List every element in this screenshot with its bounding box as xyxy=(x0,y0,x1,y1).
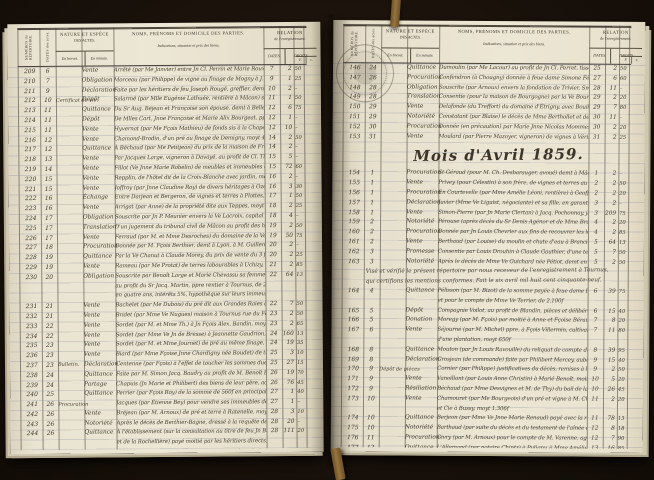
cell-numero-repertoire: 165 xyxy=(344,306,364,316)
table-header: NUMÉROS du RÉPERTOIRE. DATES des actes. … xyxy=(17,26,306,67)
cell-nature-acte: Quittance xyxy=(405,414,437,424)
cell-numero-repertoire: 162 xyxy=(344,247,364,257)
cell-nature-acte: Déclaration xyxy=(82,86,114,96)
cell-nature-acte: Vente xyxy=(84,341,116,351)
cell-date-acte: 11 xyxy=(363,433,379,443)
cell-droits-francs: 2 xyxy=(604,229,618,239)
cell-date-acte: 3 xyxy=(364,257,380,267)
cell-en-brevet xyxy=(381,122,407,123)
cell-droits-francs: 15 xyxy=(603,356,617,366)
cell-date-enregistrement: 10 xyxy=(264,85,280,95)
cell-droits-francs: 5 xyxy=(603,376,617,386)
cell-date-acte: 1 xyxy=(364,208,380,218)
parties-text-line: L'Allemand (par notaire Chintz) à Pulign… xyxy=(437,443,587,449)
cell-parties: L'établissement (par Me Thiroux, notaire… xyxy=(117,447,267,450)
cell-date-enregistrement: 29 xyxy=(589,94,605,104)
cell-date-enregistrement: 2 xyxy=(588,180,604,190)
cell-numero-repertoire: 240 xyxy=(22,390,42,400)
cell-droits-centimes: 50 xyxy=(295,300,306,310)
cell-numero-repertoire: 236 xyxy=(22,351,42,361)
cell-droits-centimes: 50 xyxy=(294,133,305,143)
cell-date-acte: 9 xyxy=(363,384,379,394)
cell-date-acte: 26 xyxy=(42,420,58,430)
cell-date-enregistrement: 10 xyxy=(587,376,603,386)
cell-numero-repertoire: 154 xyxy=(344,168,364,178)
header-centimes-label: c. xyxy=(305,57,316,64)
header-relation-title: RELATION xyxy=(589,26,642,36)
cell-en-brevet xyxy=(379,384,405,385)
header-nature-sub: DES ACTES. xyxy=(55,37,113,42)
cell-numero-repertoire: 227 xyxy=(21,243,41,253)
cell-date-enregistrement: 24 xyxy=(266,330,282,340)
cell-droits-centimes: 25 xyxy=(295,251,306,261)
cell-date-enregistrement: 14 xyxy=(264,143,280,153)
cell-date-acte: 24 xyxy=(42,380,58,390)
cell-parties: L'Allemand (par notaire Chintz) à Pulign… xyxy=(437,443,587,449)
cell-droits-francs: 2 xyxy=(280,65,294,75)
cell-date-enregistrement: 27 xyxy=(589,74,605,84)
cell-nature-acte: Vente xyxy=(405,375,437,385)
cell-date-acte: 12 xyxy=(40,135,56,145)
cell-date-enregistrement: 26 xyxy=(266,369,282,379)
cell-droits-francs: 7 xyxy=(604,248,618,258)
cell-en-brevet xyxy=(58,380,84,381)
cell-date-enregistrement: 12 xyxy=(587,434,603,444)
cell-date-enregistrement: 29 xyxy=(267,447,283,450)
cell-en-brevet xyxy=(56,106,82,107)
cell-nature-acte: Vente xyxy=(83,302,115,312)
cell-droits-francs: 1 xyxy=(281,192,295,202)
cell-numero-repertoire: 169 xyxy=(343,355,363,365)
cell-date-enregistrement: 18 xyxy=(265,202,281,212)
cell-date-acte: 23 xyxy=(42,351,58,361)
cell-numero-repertoire: 215 xyxy=(20,126,40,136)
cell-date-enregistrement: 21 xyxy=(265,261,281,271)
header-noms-group: NOMS, PRÉNOMS ET DOMICILE DES PARTIES. I… xyxy=(113,26,263,65)
cell-droits-francs: 2 xyxy=(280,173,294,183)
cell-droits-francs: 3 xyxy=(281,183,295,193)
cell-date-acte: 1 xyxy=(364,188,380,198)
cell-droits-francs: 2 xyxy=(280,134,294,144)
cell-droits-centimes: 60 xyxy=(294,163,305,173)
cell-droits-francs: 1 xyxy=(280,75,294,85)
cell-nature-acte: Vente xyxy=(407,103,439,113)
cell-numero-repertoire: 209 xyxy=(20,67,40,77)
cell-date-enregistrement: 28 xyxy=(266,418,282,428)
cell-numero-repertoire: 210 xyxy=(20,77,40,87)
cell-droits-francs: 2 xyxy=(604,219,618,229)
cell-nature-acte: Vente xyxy=(84,351,116,361)
cell-en-brevet xyxy=(58,419,84,420)
cell-en-brevet xyxy=(56,76,82,77)
cell-en-brevet xyxy=(57,243,83,244)
cell-nature-acte: Vente xyxy=(84,311,116,321)
cell-droits-centimes: 10 xyxy=(296,408,307,418)
cell-en-brevet xyxy=(381,132,407,133)
cell-droits-centimes: – xyxy=(296,418,307,428)
register-page-right: NUMÉROS du RÉPERTOIRE. DATES des actes. … xyxy=(331,20,646,453)
header-dates-label: DATES. xyxy=(264,49,285,64)
cell-en-brevet xyxy=(380,179,406,180)
cell-nature-acte: Procuration xyxy=(407,122,439,132)
cell-droits-francs: 19 xyxy=(282,339,296,349)
cell-droits-francs: 160 xyxy=(282,329,296,339)
cell-date-enregistrement: 22 xyxy=(265,300,281,310)
cell-droits-centimes: – xyxy=(294,153,305,163)
cell-date-enregistrement: 28 xyxy=(589,84,605,94)
cell-date-enregistrement: 30 xyxy=(589,114,605,124)
cell-droits-centimes: 85 xyxy=(618,229,629,239)
cell-date-enregistrement: 16 xyxy=(265,183,281,193)
cell-date-enregistrement: 17 xyxy=(265,192,281,202)
cell-droits-centimes: 40 xyxy=(618,307,629,317)
register-page-left: NUMÉROS du RÉPERTOIRE. DATES des actes. … xyxy=(7,22,323,454)
cell-date-acte: 10 xyxy=(363,423,379,433)
cell-date-acte: 17 xyxy=(41,224,57,234)
cell-en-brevet xyxy=(56,155,82,156)
cell-en-brevet xyxy=(58,321,84,322)
cell-numero-repertoire: 233 xyxy=(22,322,42,332)
cell-date-acte: 1 xyxy=(364,178,380,188)
cell-nature-acte: Déclaration xyxy=(406,198,438,208)
cell-nature-acte: Translation xyxy=(407,93,439,103)
cell-en-brevet xyxy=(58,370,84,371)
cell-droits-francs: 64 xyxy=(604,239,618,249)
cell-en-brevet xyxy=(379,433,405,434)
cell-droits-centimes: 20 xyxy=(617,317,628,327)
cell-en-brevet xyxy=(57,194,83,195)
cell-droits-francs: 20 xyxy=(282,418,296,428)
cell-en-brevet xyxy=(380,257,406,258)
cell-droits-francs: 1 xyxy=(282,398,296,408)
cell-droits-francs: 11 xyxy=(603,327,617,337)
cell-nature-acte: Notoriété xyxy=(406,218,438,228)
left-page-rows: 2096VenteArrêté (par Me Janvier) entre J… xyxy=(8,65,324,450)
cell-date-enregistrement: 6 xyxy=(588,288,604,298)
cell-droits-francs: 2 xyxy=(280,85,294,95)
header-noms-sub: Indications, situation et prix des biens… xyxy=(113,42,263,48)
cell-en-brevet xyxy=(56,145,82,146)
cell-nature-acte: Procuration xyxy=(407,73,439,83)
cell-numero-repertoire: 174 xyxy=(343,413,363,423)
cell-date-acte: 3 xyxy=(364,247,380,257)
cell-numero-repertoire: 224 xyxy=(21,214,41,224)
cell-droits-centimes: 45 xyxy=(296,378,307,388)
cell-droits-francs: 2 xyxy=(281,251,295,261)
cell-droits-francs: 1 xyxy=(280,94,294,104)
cell-en-brevet xyxy=(57,272,83,273)
cell-date-acte: 18 xyxy=(41,243,57,253)
cell-en-brevet xyxy=(57,233,83,234)
cell-nature-acte: Vente xyxy=(82,174,114,184)
cell-nature-acte: Vente xyxy=(84,409,116,419)
cell-droits-centimes: 45 xyxy=(617,386,628,396)
cell-nature-acte: Quittance xyxy=(407,64,439,74)
bookmark-ribbon-bottom xyxy=(330,447,345,480)
cell-nature-acte: Dépôt xyxy=(82,96,114,106)
cell-numero-repertoire: 239 xyxy=(22,380,42,390)
cell-date-acte: 26 xyxy=(42,410,58,420)
cell-numero-repertoire: 222 xyxy=(21,194,41,204)
cell-droits-francs: 72 xyxy=(280,163,294,173)
cell-nature-acte: Échange xyxy=(83,194,115,204)
cell-en-brevet xyxy=(57,214,83,215)
cell-date-enregistrement: 24 xyxy=(266,339,282,349)
cell-date-enregistrement: 3 xyxy=(588,199,604,209)
cell-numero-repertoire: 228 xyxy=(21,253,41,263)
cell-en-brevet xyxy=(380,316,406,317)
cell-en-brevet xyxy=(56,125,82,126)
cell-en-brevet xyxy=(381,112,407,113)
cell-nature-acte: Procuration xyxy=(406,169,438,179)
cell-en-brevet xyxy=(58,351,84,352)
cell-nature-acte: Procuration xyxy=(83,243,115,253)
cell-date-enregistrement: 7 xyxy=(587,327,603,337)
cell-numero-repertoire: 177 xyxy=(343,443,363,449)
cell-droits-centimes: 40 xyxy=(296,388,307,398)
cell-droits-francs: 2 xyxy=(605,123,619,133)
cell-droits-centimes: 80 xyxy=(619,104,630,114)
cell-date-enregistrement: 4 xyxy=(588,229,604,239)
cell-date-enregistrement: 11 xyxy=(264,94,280,104)
cell-nature-acte: Obligation xyxy=(82,76,114,86)
cell-droits-centimes: 85 xyxy=(295,261,306,271)
cell-date-acte: 6 xyxy=(40,67,56,77)
cell-droits-centimes: 70 xyxy=(296,369,307,379)
header-relation-sub: de l'enregistrement. xyxy=(263,35,316,40)
cell-date-acte: 11 xyxy=(40,126,56,136)
cell-droits-francs: 76 xyxy=(282,378,296,388)
cell-date-acte: 16 xyxy=(41,194,57,204)
cell-nature-acte: Notoriété xyxy=(405,424,437,434)
cell-droits-centimes: 50 xyxy=(618,249,629,259)
cell-numero-repertoire: 225 xyxy=(21,224,41,234)
cell-droits-francs: 2 xyxy=(280,143,294,153)
cell-droits-francs: 2 xyxy=(604,199,618,209)
cell-date-acte: 2 xyxy=(364,227,380,237)
cell-droits-centimes: 25 xyxy=(295,202,306,212)
cell-date-acte: 11 xyxy=(40,116,56,126)
cell-nature-acte: Notoriété xyxy=(406,257,438,267)
cell-en-brevet xyxy=(379,414,405,415)
cell-date-enregistrement: 25 xyxy=(266,349,282,359)
cell-date-acte: 17 xyxy=(41,214,57,224)
cell-numero-repertoire: 244 xyxy=(23,429,43,439)
cell-date-enregistrement: 15 xyxy=(264,163,280,173)
cell-nature-acte: Translation xyxy=(83,223,115,233)
cell-droits-centimes: 75 xyxy=(618,288,629,298)
cell-date-acte: 8 xyxy=(363,345,379,355)
cell-date-enregistrement: 1 xyxy=(588,170,604,180)
cell-date-acte: 19 xyxy=(41,253,57,263)
cell-parties: À l'établissement (sur la consultation a… xyxy=(116,428,266,449)
cell-droits-francs: 3 xyxy=(282,408,296,418)
cell-date-acte: 12 xyxy=(363,443,379,449)
cell-date-enregistrement: 7 xyxy=(587,317,603,327)
cell-droits-centimes: 50 xyxy=(294,65,305,75)
cell-droits-francs: 2 xyxy=(281,261,295,271)
cell-en-brevet xyxy=(57,184,83,185)
cell-numero-repertoire: 237 xyxy=(22,361,42,371)
cell-date-enregistrement: 27 xyxy=(266,398,282,408)
cell-nature-acte: Vente xyxy=(83,204,115,214)
cell-date-enregistrement: 3 xyxy=(588,209,604,219)
cell-droits-francs: 5 xyxy=(280,153,294,163)
header-nature-group: NATURE ET ESPÈCE DES ACTES. En brevet. E… xyxy=(55,27,113,65)
cell-en-brevet xyxy=(380,247,406,248)
cell-en-brevet xyxy=(379,325,405,326)
cell-nature-acte: Notoriété xyxy=(84,419,116,429)
cell-date-enregistrement: 8 xyxy=(587,346,603,356)
cell-date-acte: 11 xyxy=(40,106,56,116)
cell-date-acte: 9 xyxy=(363,365,379,375)
cell-droits-centimes: 15 xyxy=(296,359,307,369)
cell-date-acte: 19 xyxy=(41,263,57,273)
header-relation-group: RELATION de l'enregistrement. DATES. DRO… xyxy=(589,26,642,64)
cell-en-brevet xyxy=(58,410,84,411)
cell-droits-centimes: 50 xyxy=(296,310,307,320)
cell-nature-acte: Déclaration xyxy=(405,355,437,365)
cell-date-acte: 29 xyxy=(365,112,381,122)
cell-numero-repertoire: 173 xyxy=(343,394,363,404)
cell-nature-acte: Vente xyxy=(82,66,114,76)
header-noms-group: NOMS, PRÉNOMS ET DOMICILE DES PARTIES. I… xyxy=(439,25,589,64)
cell-date-acte: 7 xyxy=(40,77,56,87)
cell-droits-francs: 8 xyxy=(603,425,617,435)
header-dates-label: DATES. xyxy=(589,49,610,64)
cell-droits-centimes: 60 xyxy=(619,75,630,85)
cell-date-acte: 21 xyxy=(41,302,57,312)
month-header: Mois d'Avril 1859. xyxy=(372,141,624,171)
header-nature-sub: DES ACTES. xyxy=(381,34,439,39)
cell-date-acte: 14 xyxy=(40,165,56,175)
cell-droits-centimes: 95 xyxy=(617,347,628,357)
cell-nature-acte: Procuration xyxy=(406,188,438,198)
cell-numero-repertoire: 226 xyxy=(21,234,41,244)
cell-en-brevet xyxy=(58,331,84,332)
cell-date-acte: 2 xyxy=(364,218,380,228)
cell-date-enregistrement: 12 xyxy=(264,124,280,134)
cell-numero-repertoire: 157 xyxy=(344,198,364,208)
cell-date-acte: 9 xyxy=(40,86,56,96)
cell-date-enregistrement: 19 xyxy=(265,222,281,232)
cell-numero-repertoire: 245 xyxy=(23,449,43,450)
cell-droits-centimes: 18 xyxy=(617,425,628,435)
cell-droits-centimes: – xyxy=(619,84,630,94)
register-row: 23020ObligationSouscrite par Benoît Larg… xyxy=(21,271,322,303)
cell-date-enregistrement: 6 xyxy=(588,307,604,317)
cell-droits-centimes: – xyxy=(294,124,305,134)
cell-date-enregistrement: 4 xyxy=(588,219,604,229)
cell-droits-centimes: 50 xyxy=(294,94,305,104)
cell-droits-centimes: 50 xyxy=(617,366,628,376)
cell-droits-centimes: 20 xyxy=(617,395,628,405)
receveur-annotation: Visé et vérifié le présent répertoire pa… xyxy=(332,266,644,287)
header-francs-label: F. xyxy=(621,57,631,64)
cell-nature-acte: Vente xyxy=(84,321,116,331)
header-relation-sub: de l'enregistrement. xyxy=(589,35,642,40)
cell-nature-acte: Vente xyxy=(83,262,115,272)
cell-en-brevet xyxy=(380,218,406,219)
cell-en-brevet xyxy=(379,394,405,395)
cell-numero-repertoire: 212 xyxy=(20,96,40,106)
cell-droits-francs: 41 xyxy=(283,447,297,450)
cell-numero-repertoire: 219 xyxy=(20,165,40,175)
cell-date-enregistrement: 19 xyxy=(265,232,281,242)
cell-nature-acte: Promesse xyxy=(406,247,438,257)
cell-nature-acte: Vente xyxy=(82,135,114,145)
register-row: 17712QuittanceL'Allemand (par notaire Ch… xyxy=(343,443,643,449)
cell-numero-repertoire: 172 xyxy=(343,384,363,394)
cell-nature-acte: Quittance xyxy=(82,145,114,155)
cell-date-enregistrement: 12 xyxy=(264,114,280,124)
cell-en-brevet xyxy=(56,86,82,87)
cell-date-enregistrement: 28 xyxy=(266,408,282,418)
cell-droits-francs: 10 xyxy=(280,124,294,134)
cell-droits-centimes: 20 xyxy=(619,124,630,134)
cell-date-acte: 13 xyxy=(40,155,56,165)
cell-nature-acte: Vente xyxy=(406,179,438,189)
cell-droits-centimes: 13 xyxy=(296,329,307,339)
cell-numero-repertoire: 175 xyxy=(343,423,363,433)
cell-nature-acte: Dépôt xyxy=(82,115,114,125)
cell-en-brevet xyxy=(57,253,83,254)
cell-date-enregistrement: 15 xyxy=(264,153,280,163)
cell-date-acte: 2 xyxy=(364,237,380,247)
cell-en-brevet xyxy=(379,355,405,356)
cell-date-acte: 10 xyxy=(363,414,379,424)
cell-droits-centimes: 30 xyxy=(295,182,306,192)
cell-droits-centimes: – xyxy=(296,398,307,408)
cell-en-brevet xyxy=(379,345,405,346)
cell-droits-centimes: – xyxy=(619,114,630,124)
cell-droits-centimes: 13 xyxy=(295,271,306,281)
cell-nature-acte: Dépôt xyxy=(406,306,438,316)
header-numeros-label: NUMÉROS du RÉPERTOIRE. xyxy=(17,28,39,66)
cell-droits-francs: 2 xyxy=(603,395,617,405)
cell-numero-repertoire: 242 xyxy=(22,410,42,420)
cell-numero-repertoire: 223 xyxy=(21,204,41,214)
cell-date-acte: 20 xyxy=(41,273,57,283)
cell-droits-centimes: 40 xyxy=(617,356,628,366)
cell-numero-repertoire: 170 xyxy=(343,364,363,374)
cell-numero-repertoire: 161 xyxy=(344,237,364,247)
cell-droits-centimes: 80 xyxy=(617,327,628,337)
cell-en-brevet xyxy=(56,135,82,136)
cell-nature-acte: Notoriété xyxy=(407,112,439,122)
cell-numero-repertoire: 229 xyxy=(21,263,41,273)
cell-droits-centimes: 68 xyxy=(297,447,308,450)
cell-droits-centimes: 13 xyxy=(617,415,628,425)
cell-en-brevet xyxy=(58,312,84,313)
cell-en-brevet xyxy=(59,449,85,450)
cell-droits-francs: 2 xyxy=(282,320,296,330)
cell-numero-repertoire: 152 xyxy=(345,122,365,132)
register-row: 24426QuittanceÀ l'établissement (sur la … xyxy=(23,427,324,449)
cell-nature-acte: Quittance xyxy=(85,448,117,450)
cell-date-enregistrement: 11 xyxy=(587,395,603,405)
cell-date-enregistrement: 9 xyxy=(587,366,603,376)
cell-en-brevet xyxy=(57,204,83,205)
cell-nature-acte: Vente xyxy=(407,132,439,142)
cell-date-acte: 23 xyxy=(42,361,58,371)
cell-nature-acte: Vente xyxy=(83,233,115,243)
cell-droits-francs: 3 xyxy=(282,349,296,359)
cell-date-enregistrement: 5 xyxy=(588,248,604,258)
cell-en-brevet xyxy=(57,223,83,224)
cell-droits-francs: 7 xyxy=(603,435,617,445)
cell-nature-acte: Obligation xyxy=(83,272,115,282)
